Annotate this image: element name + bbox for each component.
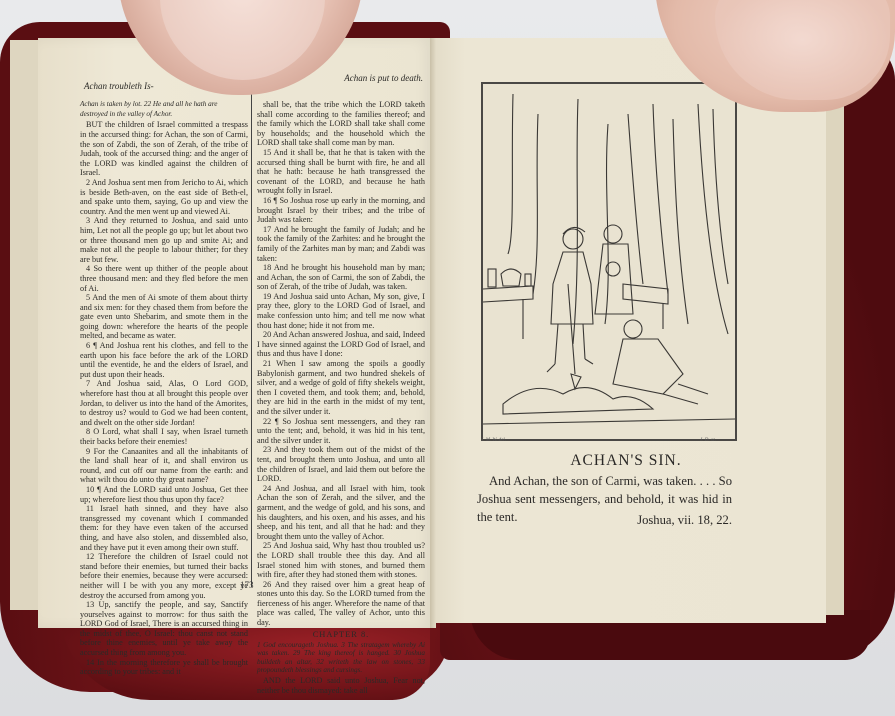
verse: 21 When I saw among the spoils a goodly … (257, 359, 425, 417)
illustration-title: ACHAN'S SIN. (430, 452, 822, 470)
verse: 25 And Joshua said, Why hast thou troubl… (257, 541, 425, 579)
verse: 26 And they raised over him a great heap… (257, 580, 425, 628)
book-gutter (430, 38, 436, 628)
chapter-first-verse: AND the LORD said unto Joshua, Fear not,… (257, 676, 425, 695)
verse: 3 And they returned to Joshua, and said … (80, 216, 248, 264)
column-divider (251, 92, 252, 587)
verse: 13 Up, sanctify the people, and say, San… (80, 600, 248, 658)
page-number: 173 (240, 580, 254, 590)
verse: 20 And Achan answered Joshua, and said, … (257, 330, 425, 359)
verse: 6 ¶ And Joshua rent his clothes, and fel… (80, 341, 248, 379)
chapter-summary: 1 God encourageth Joshua. 3 The stratage… (257, 641, 425, 674)
scripture-text: Achan troubleth Is- Achan is put to deat… (80, 82, 425, 582)
verse: 19 And Joshua said unto Achan, My son, g… (257, 292, 425, 330)
verse: 7 And Joshua said, Alas, O Lord GOD, whe… (80, 379, 248, 427)
chapter-summary-line: Achan is taken by lot. 22 He and all he … (80, 100, 248, 108)
verse: 9 For the Canaanites and all the inhabit… (80, 447, 248, 485)
verse: 16 ¶ So Joshua rose up early in the morn… (257, 196, 425, 225)
engraving-illustration (481, 82, 737, 441)
verse: 22 ¶ So Joshua sent messengers, and they… (257, 417, 425, 446)
text-column-left: Achan is taken by lot. 22 He and all he … (80, 100, 248, 677)
verse: 18 And he brought his household man by m… (257, 263, 425, 292)
chapter-heading: CHAPTER 8. (257, 630, 425, 640)
verse: 5 And the men of Ai smote of them about … (80, 293, 248, 341)
chapter-summary-line: destroyed in the valley of Achor. (80, 110, 248, 118)
verse: 14 In the morning therefore ye shall be … (80, 658, 248, 677)
verse: 8 O Lord, what shall I say, when Israel … (80, 427, 248, 446)
verse: 15 And it shall be, that he that is take… (257, 148, 425, 196)
verse: 11 Israel hath sinned, and they have als… (80, 504, 248, 552)
running-head-right: Achan is put to death. (344, 74, 423, 84)
verse: 10 ¶ And the LORD said unto Joshua, Get … (80, 485, 248, 504)
verse: 23 And they took them out of the midst o… (257, 445, 425, 483)
verse: shall be, that the tribe which the LORD … (257, 100, 425, 148)
running-head-left: Achan troubleth Is- (84, 82, 154, 92)
engraver-credit-right: J. D. sc. (700, 438, 716, 443)
text-column-right: shall be, that the tribe which the LORD … (257, 100, 425, 695)
verse: 12 Therefore the children of Israel coul… (80, 552, 248, 600)
verse: 4 So there went up thither of the people… (80, 264, 248, 293)
verse: BUT the children of Israel committed a t… (80, 120, 248, 178)
engraver-credit-left: J. M. W. del. (481, 438, 506, 443)
page-edges-left (10, 40, 41, 610)
engraving-drawing (483, 84, 735, 439)
verse: 24 And Joshua, and all Israel with him, … (257, 484, 425, 542)
verse: 2 And Joshua sent men from Jericho to Ai… (80, 178, 248, 216)
verse: 17 And he brought the family of Judah; a… (257, 225, 425, 263)
scripture-reference: Joshua, vii. 18, 22. (560, 513, 732, 528)
